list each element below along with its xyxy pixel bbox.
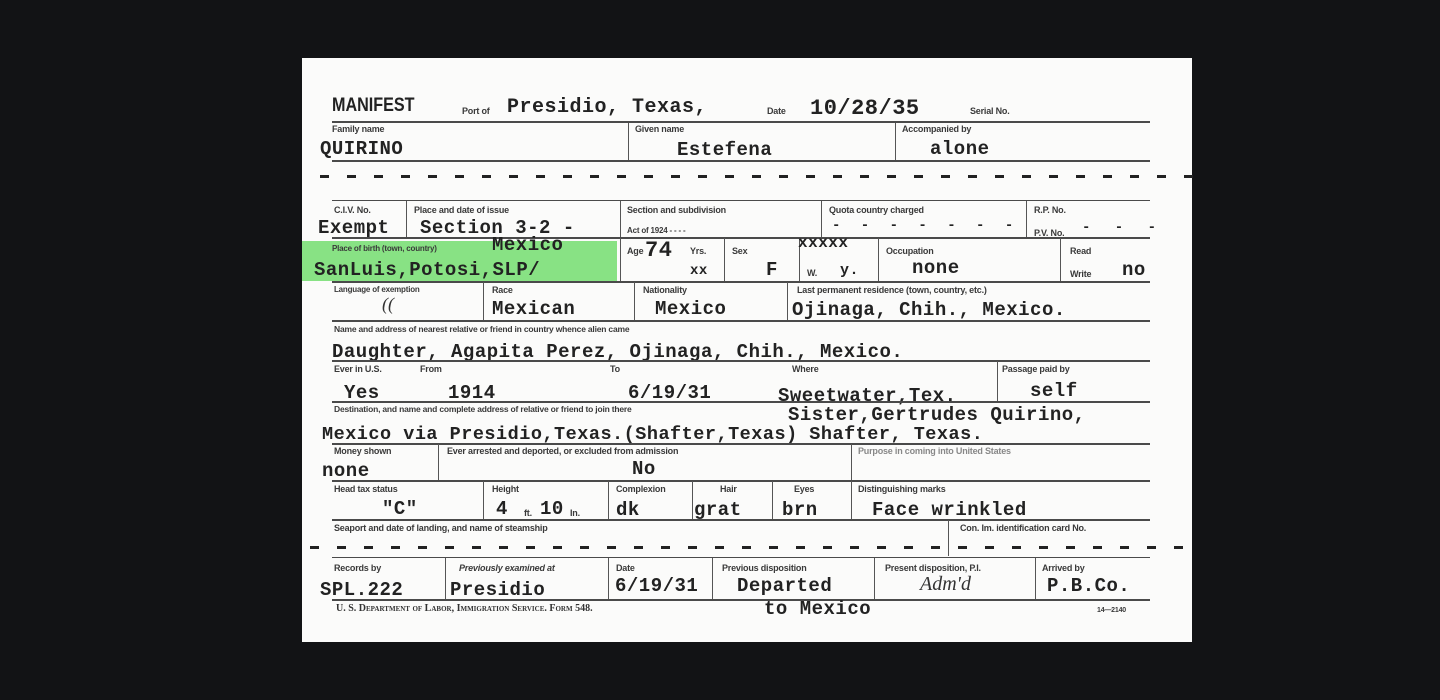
footer-department: U. S. Department of Labor, Immigration S… bbox=[336, 603, 593, 614]
divider bbox=[332, 557, 1150, 558]
manifest-title: MANIFEST bbox=[332, 95, 415, 117]
exam-date-label: Date bbox=[616, 563, 635, 573]
place-issue-label: Place and date of issue bbox=[414, 205, 509, 215]
prev-examined-label: Previously examined at bbox=[459, 563, 555, 573]
sex-value: F bbox=[766, 259, 778, 281]
divider bbox=[692, 481, 693, 519]
color-value: y. bbox=[840, 262, 859, 279]
passage-paid-value: self bbox=[1030, 380, 1078, 402]
divider bbox=[851, 444, 852, 480]
eyes-label: Eyes bbox=[794, 484, 814, 494]
given-name-label: Given name bbox=[635, 124, 684, 134]
divider bbox=[332, 237, 1150, 239]
section-value: Act of 1924 - - - - bbox=[627, 226, 685, 235]
color-strike: xxxxx bbox=[798, 234, 849, 252]
divider bbox=[445, 558, 446, 600]
con-im-label: Con. Im. identification card No. bbox=[960, 523, 1086, 533]
purpose-label: Purpose in coming into United States bbox=[858, 446, 1011, 456]
arrested-label: Ever arrested and deported, or excluded … bbox=[447, 446, 678, 456]
divider bbox=[332, 443, 1150, 445]
divider bbox=[608, 558, 609, 600]
present-disposition-label: Present disposition, P.I. bbox=[885, 563, 981, 573]
destination-line2: Mexico via Presidio,Texas.(Shafter,Texas… bbox=[322, 424, 983, 445]
divider bbox=[406, 201, 407, 237]
where-label: Where bbox=[792, 364, 819, 374]
prev-disposition-value: Departed bbox=[737, 575, 832, 597]
occupation-label: Occupation bbox=[886, 246, 934, 256]
divider bbox=[332, 519, 1150, 521]
dashed-separator bbox=[310, 546, 1186, 549]
height-ft-label: ft. bbox=[524, 508, 532, 518]
place-of-birth-country: Mexico bbox=[492, 234, 563, 256]
hair-label: Hair bbox=[720, 484, 737, 494]
ever-in-us-label: Ever in U.S. bbox=[334, 364, 382, 374]
divider bbox=[851, 481, 852, 519]
prev-disposition-label: Previous disposition bbox=[722, 563, 807, 573]
language-label: Language of exemption bbox=[334, 285, 420, 294]
read-write-value: no bbox=[1122, 259, 1146, 281]
divider bbox=[332, 599, 1150, 601]
nationality-label: Nationality bbox=[643, 285, 687, 295]
age-mark: xx bbox=[690, 263, 708, 279]
divider bbox=[332, 121, 1150, 123]
divider bbox=[438, 444, 439, 480]
eyes-value: brn bbox=[782, 499, 818, 521]
dashed-separator bbox=[320, 175, 1194, 178]
marks-value: Face wrinkled bbox=[872, 499, 1027, 521]
complexion-label: Complexion bbox=[616, 484, 666, 494]
divider bbox=[1060, 238, 1061, 282]
accompanied-by-value: alone bbox=[930, 138, 990, 160]
nearest-relative-label: Name and address of nearest relative or … bbox=[334, 324, 629, 334]
read-label: Read bbox=[1070, 246, 1091, 256]
exam-date-value: 6/19/31 bbox=[615, 575, 698, 597]
divider bbox=[997, 361, 998, 401]
port-value: Presidio, Texas, bbox=[507, 96, 707, 119]
race-label: Race bbox=[492, 285, 513, 295]
form-code: 14—2140 bbox=[1097, 607, 1126, 614]
divider bbox=[634, 282, 635, 320]
last-residence-value: Ojinaga, Chih., Mexico. bbox=[792, 299, 1066, 321]
money-shown-label: Money shown bbox=[334, 446, 391, 456]
arrived-by-label: Arrived by bbox=[1042, 563, 1085, 573]
divider bbox=[332, 281, 1150, 283]
color-label: W. bbox=[807, 268, 817, 278]
divider bbox=[620, 238, 621, 282]
occupation-value: none bbox=[912, 257, 960, 279]
serial-label: Serial No. bbox=[970, 106, 1010, 116]
place-of-birth-value: SanLuis,Potosi,SLP/ bbox=[314, 259, 540, 281]
from-label: From bbox=[420, 364, 442, 374]
manifest-card: MANIFEST Port of Presidio, Texas, Date 1… bbox=[302, 58, 1192, 642]
hair-value: grat bbox=[694, 499, 742, 521]
divider bbox=[821, 201, 822, 237]
last-residence-label: Last permanent residence (town, country,… bbox=[797, 285, 987, 295]
divider bbox=[332, 360, 1150, 362]
height-inches: 10 bbox=[540, 498, 564, 520]
divider bbox=[483, 282, 484, 320]
divider bbox=[332, 480, 1150, 482]
complexion-value: dk bbox=[616, 499, 640, 521]
prev-examined-value: Presidio bbox=[450, 579, 545, 601]
head-tax-label: Head tax status bbox=[334, 484, 398, 494]
divider bbox=[332, 160, 1150, 162]
age-unit: Yrs. bbox=[690, 246, 706, 256]
rp-value: - - - bbox=[1082, 220, 1164, 236]
civ-label: C.I.V. No. bbox=[334, 205, 371, 215]
race-value: Mexican bbox=[492, 298, 575, 320]
date-label: Date bbox=[767, 106, 786, 116]
civ-value: Exempt bbox=[318, 217, 389, 239]
port-label: Port of bbox=[462, 106, 490, 116]
divider bbox=[620, 201, 621, 237]
divider bbox=[948, 520, 949, 556]
divider bbox=[1026, 201, 1027, 237]
place-of-birth-label: Place of birth (town, country) bbox=[332, 244, 437, 253]
divider bbox=[608, 481, 609, 519]
write-label: Write bbox=[1070, 269, 1091, 279]
age-value: 74 bbox=[645, 238, 672, 263]
arrived-by-value: P.B.Co. bbox=[1047, 575, 1130, 597]
arrested-value: No bbox=[632, 458, 656, 480]
age-label: Age bbox=[627, 246, 643, 256]
divider bbox=[332, 320, 1150, 322]
sex-label: Sex bbox=[732, 246, 747, 256]
height-label: Height bbox=[492, 484, 519, 494]
date-value: 10/28/35 bbox=[810, 96, 920, 121]
quota-value: - - - - - - - bbox=[832, 218, 1019, 234]
divider bbox=[874, 558, 875, 600]
language-value: (( bbox=[382, 294, 394, 315]
given-name-value: Estefena bbox=[677, 139, 772, 161]
section-label: Section and subdivision bbox=[627, 205, 726, 215]
head-tax-value: "C" bbox=[382, 498, 418, 520]
divider bbox=[483, 481, 484, 519]
family-name-label: Family name bbox=[332, 124, 384, 134]
quota-label: Quota country charged bbox=[829, 205, 924, 215]
divider bbox=[895, 123, 896, 161]
height-in-label: In. bbox=[570, 508, 580, 518]
divider bbox=[332, 200, 1150, 201]
records-by-value: SPL.222 bbox=[320, 579, 403, 601]
divider bbox=[712, 558, 713, 600]
family-name-value: QUIRINO bbox=[320, 138, 403, 160]
money-shown-value: none bbox=[322, 460, 370, 482]
destination-line1: Sister,Gertrudes Quirino, bbox=[788, 404, 1086, 426]
rp-label: R.P. No. bbox=[1034, 205, 1066, 215]
present-disposition-signature: Adm'd bbox=[920, 573, 971, 596]
divider bbox=[724, 238, 725, 282]
nationality-value: Mexico bbox=[655, 298, 726, 320]
seaport-label: Seaport and date of landing, and name of… bbox=[334, 523, 548, 533]
divider bbox=[878, 238, 879, 282]
divider bbox=[1035, 558, 1036, 600]
records-by-label: Records by bbox=[334, 563, 381, 573]
divider bbox=[332, 401, 1150, 403]
accompanied-by-label: Accompanied by bbox=[902, 124, 971, 134]
divider bbox=[772, 481, 773, 519]
prev-disposition-line2: to Mexico bbox=[764, 598, 871, 620]
marks-label: Distinguishing marks bbox=[858, 484, 946, 494]
to-label: To bbox=[610, 364, 620, 374]
destination-label: Destination, and name and complete addre… bbox=[334, 404, 632, 414]
divider bbox=[628, 123, 629, 161]
passage-paid-label: Passage paid by bbox=[1002, 364, 1070, 374]
divider bbox=[787, 282, 788, 320]
height-feet: 4 bbox=[496, 498, 508, 520]
